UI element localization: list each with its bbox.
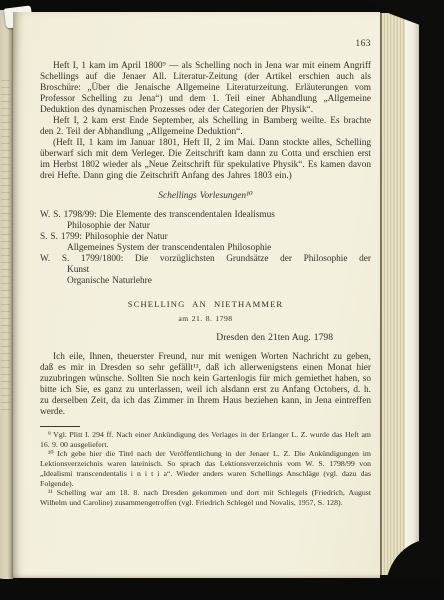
letter-body: Ich eile, Ihnen, theuerster Freund, nur … <box>40 352 371 418</box>
letter-place-date: Dresden den 21ten Aug. 1798 <box>40 332 371 343</box>
lecture-line: S. S. 1799: Philosophie der Natur <box>40 232 371 243</box>
book-cover-edge <box>405 16 419 567</box>
scan-background-bottom <box>0 579 444 600</box>
lectures-heading: Schellings Vorlesungen¹⁰ <box>40 191 371 202</box>
lecture-line: Allgemeines System der transcendentalen … <box>40 243 371 254</box>
intro-paragraph: Heft I, 1 kam im April 1800⁹ — als Schel… <box>40 61 371 116</box>
book-fore-edge <box>380 13 407 575</box>
letter-heading: SCHELLING AN NIETHAMMER <box>40 299 371 310</box>
lecture-line: Kunst <box>40 265 371 276</box>
intro-paragraph: Heft I, 2 kam erst Ende September, als S… <box>40 116 371 138</box>
lecture-line: Philosophie der Natur <box>40 221 371 232</box>
lecture-line: W. S. 1798/99: Die Elemente des transcen… <box>40 210 371 221</box>
footnote: ¹⁰ Ich gebe hier die Titel nach der Verö… <box>40 449 371 488</box>
lecture-line: W. S. 1799/1800: Die vorzüglichsten Grun… <box>40 254 371 265</box>
footnote: ⁹ Vgl. Plitt I. 294 ff. Nach einer Ankün… <box>40 430 371 449</box>
scanned-book-page: 163 Heft I, 1 kam im April 1800⁹ — als S… <box>0 0 444 600</box>
footnote: ¹¹ Schelling war am 18. 8. nach Dresden … <box>40 488 371 507</box>
letter-date: am 21. 8. 1798 <box>40 313 371 324</box>
facing-page-sliver <box>0 10 13 582</box>
intro-paragraph: (Heft II, 1 kam im Januar 1801, Heft II,… <box>40 138 371 182</box>
lecture-line: Organische Naturlehre <box>40 276 371 287</box>
footnotes: ⁹ Vgl. Plitt I. 294 ff. Nach einer Ankün… <box>40 430 371 508</box>
page-content: 163 Heft I, 1 kam im April 1800⁹ — als S… <box>40 38 371 508</box>
footnote-separator <box>40 426 80 427</box>
page-number: 163 <box>40 38 371 49</box>
